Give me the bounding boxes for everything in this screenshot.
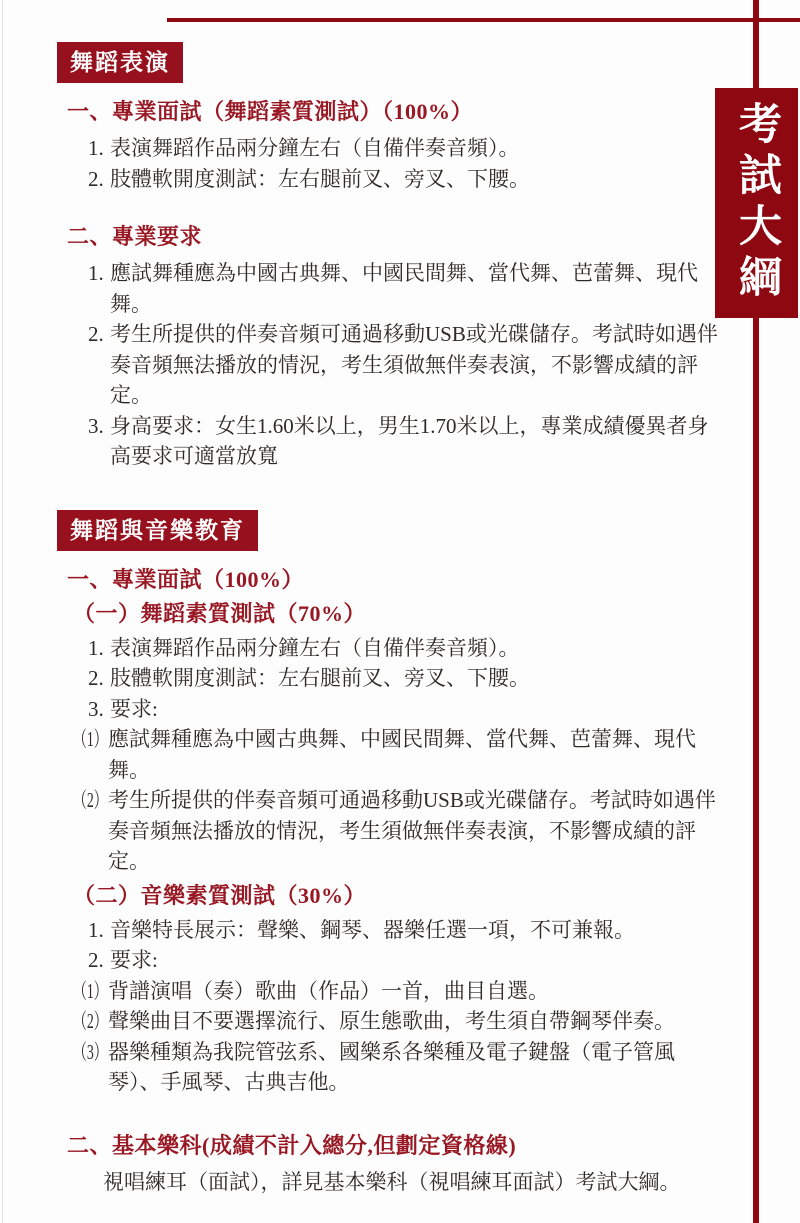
list-item: 1.表演舞蹈作品兩分鐘左右（自備伴奏音頻）。 xyxy=(57,133,719,164)
list-item-text: 身高要求：女生1.60米以上，男生1.70米以上，專業成績優異者身高要求可適當放… xyxy=(110,414,709,469)
top-horizontal-rule xyxy=(167,18,800,22)
list-item: 1.應試舞種應為中國古典舞、中國民間舞、當代舞、芭蕾舞、現代舞。 xyxy=(57,258,719,319)
section-badge: 舞蹈表演 xyxy=(57,42,183,83)
list-item: 3.要求: xyxy=(57,694,719,725)
list-item-number: 1. xyxy=(88,915,110,946)
list-item-text: 表演舞蹈作品兩分鐘左右（自備伴奏音頻）。 xyxy=(110,636,520,660)
list-item-text: 聲樂曲目不要選擇流行、原生態歌曲，考生須自帶鋼琴伴奏。 xyxy=(108,1009,675,1033)
list-item: 1.表演舞蹈作品兩分鐘左右（自備伴奏音頻）。 xyxy=(57,633,719,664)
list-item-text: 要求: xyxy=(110,697,158,721)
list-item: （1）應試舞種應為中國古典舞、中國民間舞、當代舞、芭蕾舞、現代舞。 xyxy=(57,724,719,785)
list-item: （2）聲樂曲目不要選擇流行、原生態歌曲，考生須自帶鋼琴伴奏。 xyxy=(57,1006,719,1037)
paragraph: 視唱練耳（面試），詳見基本樂科（視唱練耳面試）考試大綱。 xyxy=(103,1167,719,1198)
list-item: 2.考生所提供的伴奏音頻可通過移動USB或光碟儲存。考試時如遇伴奏音頻無法播放的… xyxy=(57,319,719,411)
list-item-text: 考生所提供的伴奏音頻可通過移動USB或光碟儲存。考試時如遇伴奏音頻無法播放的情況… xyxy=(110,322,718,407)
list-item: （3）器樂種類為我院管弦系、國樂系各樂種及電子鍵盤（電子管風琴）、手風琴、古典吉… xyxy=(57,1037,719,1098)
list-item-number: 1. xyxy=(88,133,110,164)
list-item-number: 1. xyxy=(88,258,110,289)
list-item-number: 3. xyxy=(88,411,110,442)
list-item: 3.身高要求：女生1.60米以上，男生1.70米以上，專業成績優異者身高要求可適… xyxy=(57,411,719,472)
list-item-text: 肢體軟開度測試：左右腿前叉、旁叉、下腰。 xyxy=(110,167,530,191)
content: 舞蹈表演一、專業面試（舞蹈素質測試）（100%）1.表演舞蹈作品兩分鐘左右（自備… xyxy=(57,42,719,1197)
list-item: 2.肢體軟開度測試：左右腿前叉、旁叉、下腰。 xyxy=(57,663,719,694)
list-item-text: 應試舞種應為中國古典舞、中國民間舞、當代舞、芭蕾舞、現代舞。 xyxy=(110,261,698,316)
side-banner-title: 考試大綱 xyxy=(726,101,787,305)
left-hairline xyxy=(2,0,3,1223)
list-item-text: 音樂特長展示：聲樂、鋼琴、器樂任選一項，不可兼報。 xyxy=(110,918,635,942)
list-item-number: （1） xyxy=(73,724,96,755)
list-item-number: （2） xyxy=(73,1006,96,1037)
list-item-number: 1. xyxy=(88,633,110,664)
list-item-number: 2. xyxy=(88,663,110,694)
side-banner: 考試大綱 xyxy=(715,88,798,318)
section-subheading: （二）音樂素質測試（30%） xyxy=(73,883,719,909)
section-heading: 一、專業面試（100%） xyxy=(67,567,719,593)
list-item: （2）考生所提供的伴奏音頻可通過移動USB或光碟儲存。考試時如遇伴奏音頻無法播放… xyxy=(57,785,719,877)
list-item-text: 背譜演唱（奏）歌曲（作品）一首，曲目自選。 xyxy=(108,979,549,1003)
list-item-number: （2） xyxy=(73,785,96,816)
section-badge-row: 舞蹈與音樂教育 xyxy=(57,510,719,551)
list-item-number: 2. xyxy=(88,319,110,350)
list-item-number: 2. xyxy=(88,164,110,195)
list-item-number: （3） xyxy=(73,1037,96,1068)
section-heading: 二、基本樂科(成績不計入總分,但劃定資格線) xyxy=(67,1133,719,1159)
list-item-text: 考生所提供的伴奏音頻可通過移動USB或光碟儲存。考試時如遇伴奏音頻無法播放的情況… xyxy=(108,788,716,873)
section-badge: 舞蹈與音樂教育 xyxy=(57,510,258,551)
list-item-number: 2. xyxy=(88,945,110,976)
exam-outline-page: 考試大綱 舞蹈表演一、專業面試（舞蹈素質測試）（100%）1.表演舞蹈作品兩分鐘… xyxy=(0,0,800,1223)
section-heading: 二、專業要求 xyxy=(67,224,719,250)
list-item-number: （1） xyxy=(73,976,96,1007)
list-item-text: 表演舞蹈作品兩分鐘左右（自備伴奏音頻）。 xyxy=(110,136,520,160)
section-badge-row: 舞蹈表演 xyxy=(57,42,719,83)
section-subheading: （一）舞蹈素質測試（70%） xyxy=(73,601,719,627)
list-item-text: 肢體軟開度測試：左右腿前叉、旁叉、下腰。 xyxy=(110,666,530,690)
list-item-text: 器樂種類為我院管弦系、國樂系各樂種及電子鍵盤（電子管風琴）、手風琴、古典吉他。 xyxy=(108,1040,675,1095)
list-item-number: 3. xyxy=(88,694,110,725)
list-item: 2.要求: xyxy=(57,945,719,976)
section-2: 舞蹈與音樂教育一、專業面試（100%）（一）舞蹈素質測試（70%）1.表演舞蹈作… xyxy=(57,510,719,1198)
list-item-text: 應試舞種應為中國古典舞、中國民間舞、當代舞、芭蕾舞、現代舞。 xyxy=(108,727,696,782)
section-heading: 一、專業面試（舞蹈素質測試）（100%） xyxy=(67,99,719,125)
list-item-text: 要求: xyxy=(110,948,158,972)
section-1: 舞蹈表演一、專業面試（舞蹈素質測試）（100%）1.表演舞蹈作品兩分鐘左右（自備… xyxy=(57,42,719,472)
list-item: 2.肢體軟開度測試：左右腿前叉、旁叉、下腰。 xyxy=(57,164,719,195)
list-item: 1.音樂特長展示：聲樂、鋼琴、器樂任選一項，不可兼報。 xyxy=(57,915,719,946)
list-item: （1）背譜演唱（奏）歌曲（作品）一首，曲目自選。 xyxy=(57,976,719,1007)
